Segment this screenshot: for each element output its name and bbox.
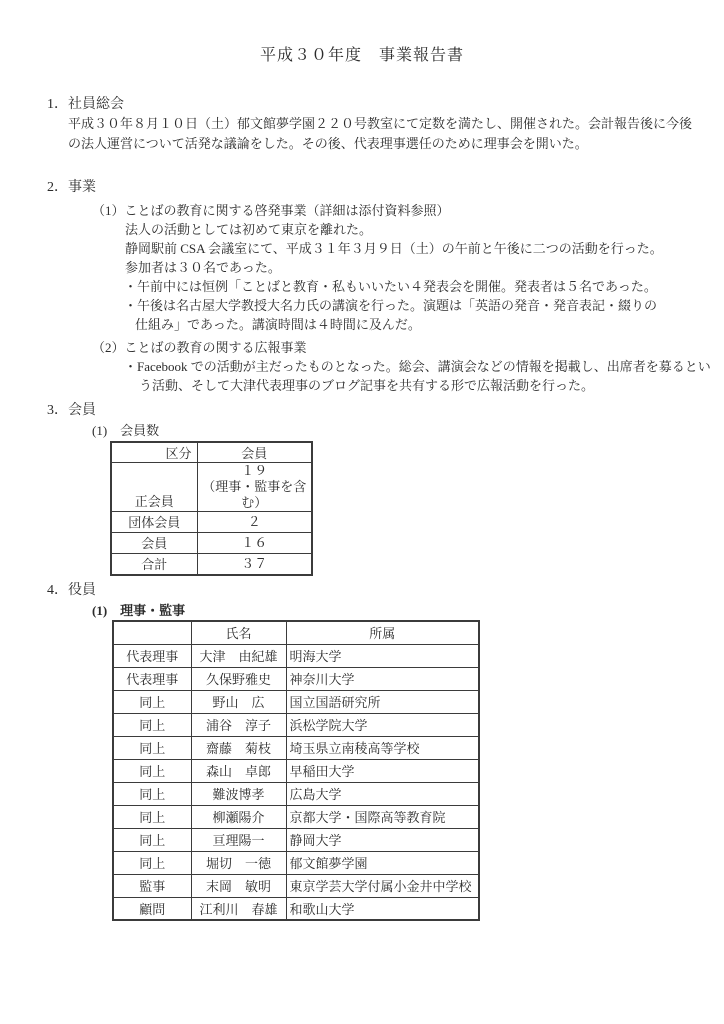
member-count-label: (1) 会員数 [92,422,313,439]
section-officers: 4．役員 (1) 理事・監事 氏名 所属 代表理事 大津 由紀雄 明海大学 [47,581,480,921]
member-count-value: １６ [198,535,312,551]
officer-name: 江利川 春雄 [191,897,286,920]
officer-affiliation: 広島大学 [286,782,479,805]
officer-name: 森山 卓郎 [191,759,286,782]
project2-label: （2）ことばの教育の関する広報事業 [92,338,711,357]
member-category: 団体会員 [111,512,197,533]
member-count-cell: １９ （理事・監事を含む） [197,463,312,512]
officers-header-role [113,621,191,644]
member-table-row: 正会員 １９ （理事・監事を含む） [111,463,312,512]
officers-list-label: (1) 理事・監事 [92,602,480,619]
section-members: 3．会員 (1) 会員数 区分 会員 正会員 １９ （理事・監事を含む） [47,401,313,576]
officer-row: 代表理事 大津 由紀雄 明海大学 [113,644,479,667]
text-line: 法人の活動としては初めて東京を離れた。 [125,220,711,239]
text-line: 参加者は３０名であった。 [125,258,711,277]
officer-row: 代表理事 久保野雅史 神奈川大学 [113,667,479,690]
officer-role: 同上 [113,782,191,805]
member-header-count: 会員 [197,442,312,463]
member-table-header-row: 区分 会員 [111,442,312,463]
bullet-item: ・午後は名古屋大学教授大名力氏の講演を行った。演題は「英語の発音・発音表記・綴り… [124,296,711,315]
officer-role: 同上 [113,713,191,736]
officer-affiliation: 埼玉県立南稜高等学校 [286,736,479,759]
member-table-row: 団体会員 ２ [111,512,312,533]
officer-role: 同上 [113,851,191,874]
officer-name: 末岡 敏明 [191,874,286,897]
officer-role: 監事 [113,874,191,897]
officer-name: 亘理陽一 [191,828,286,851]
section4-heading: 4．役員 [47,581,480,600]
officer-name: 柳瀬陽介 [191,805,286,828]
officer-affiliation: 浜松学院大学 [286,713,479,736]
officer-role: 代表理事 [113,644,191,667]
officer-name: 野山 広 [191,690,286,713]
member-count-value: ３７ [198,556,312,572]
text-line: の法人運営について活発な議論をした。その後、代表理事選任のために理事会を開いた。 [68,134,692,154]
section-general-meeting: 1．社員総会 平成３０年８月１０日（土）郁文館夢学園２２０号教室にて定数を満たし… [47,95,692,153]
member-category: 合計 [111,554,197,576]
officer-role: 同上 [113,759,191,782]
bullet-item: ・Facebook での活動が主だったものとなった。総会、講演会などの情報を掲載… [124,357,711,376]
officer-row: 同上 森山 卓郎 早稲田大学 [113,759,479,782]
section3-heading: 3．会員 [47,401,313,420]
officer-affiliation: 神奈川大学 [286,667,479,690]
officer-affiliation: 和歌山大学 [286,897,479,920]
member-count-table: 区分 会員 正会員 １９ （理事・監事を含む） 団体会員 [110,441,313,576]
officer-name: 浦谷 淳子 [191,713,286,736]
member-category: 正会員 [111,463,197,512]
text-line: 静岡駅前 CSA 会議室にて、平成３１年３月９日（土）の午前と午後に二つの活動を… [125,239,711,258]
officer-affiliation: 国立国語研究所 [286,690,479,713]
member-count-cell: ２ [197,512,312,533]
officer-role: 同上 [113,690,191,713]
officer-row: 同上 難波博孝 広島大学 [113,782,479,805]
officer-row: 同上 堀切 一徳 郁文館夢学園 [113,851,479,874]
text-line: 平成３０年８月１０日（土）郁文館夢学園２２０号教室にて定数を満たし、開催された。… [68,114,692,134]
officer-row: 同上 浦谷 淳子 浜松学院大学 [113,713,479,736]
member-table-row: 合計 ３７ [111,554,312,576]
document-title: 平成３０年度 事業報告書 [0,42,724,65]
member-count-cell: １６ [197,533,312,554]
officers-table-header-row: 氏名 所属 [113,621,479,644]
officer-name: 難波博孝 [191,782,286,805]
officers-table: 氏名 所属 代表理事 大津 由紀雄 明海大学 代表理事 久保野雅史 神奈川 [112,620,480,921]
member-count-cell: ３７ [197,554,312,576]
officer-row: 同上 柳瀬陽介 京都大学・国際高等教育院 [113,805,479,828]
officer-name: 齋藤 菊枝 [191,736,286,759]
officers-header-affiliation: 所属 [286,621,479,644]
member-count-value: １９ [198,463,312,479]
officers-header-name: 氏名 [191,621,286,644]
officer-row: 監事 末岡 敏明 東京学芸大学付属小金井中学校 [113,874,479,897]
officer-affiliation: 早稲田大学 [286,759,479,782]
officer-role: 顧問 [113,897,191,920]
bullet-item: ・午前中には恒例「ことばと教育・私もいいたい４発表会を開催。発表者は５名であった… [124,277,711,296]
section2-heading: 2．事業 [47,178,711,197]
officer-affiliation: 郁文館夢学園 [286,851,479,874]
officer-name: 堀切 一徳 [191,851,286,874]
section1-heading: 1．社員総会 [47,95,692,114]
officer-affiliation: 京都大学・国際高等教育院 [286,805,479,828]
member-count-value: ２ [198,514,312,530]
section-projects: 2．事業 （1）ことばの教育に関する啓発事業（詳細は添付資料参照） 法人の活動と… [47,178,711,395]
bullet-continuation: う活動、そして大津代表理事のブログ記事を共有する形で広報活動を行った。 [139,376,711,395]
officer-role: 同上 [113,736,191,759]
section1-paragraph: 平成３０年８月１０日（土）郁文館夢学園２２０号教室にて定数を満たし、開催された。… [68,114,692,153]
officer-name: 大津 由紀雄 [191,644,286,667]
officer-row: 同上 齋藤 菊枝 埼玉県立南稜高等学校 [113,736,479,759]
officer-row: 同上 野山 広 国立国語研究所 [113,690,479,713]
officer-name: 久保野雅史 [191,667,286,690]
officer-affiliation: 東京学芸大学付属小金井中学校 [286,874,479,897]
bullet-continuation: 仕組み」であった。講演時間は４時間に及んだ。 [135,315,711,334]
officer-affiliation: 明海大学 [286,644,479,667]
document-page: 平成３０年度 事業報告書 1．社員総会 平成３０年８月１０日（土）郁文館夢学園２… [0,0,724,1024]
officer-row: 同上 亘理陽一 静岡大学 [113,828,479,851]
member-count-note: （理事・監事を含む） [198,479,312,511]
member-header-category: 区分 [111,442,197,463]
officer-role: 代表理事 [113,667,191,690]
member-table-row: 会員 １６ [111,533,312,554]
officer-affiliation: 静岡大学 [286,828,479,851]
officer-row: 顧問 江利川 春雄 和歌山大学 [113,897,479,920]
member-category: 会員 [111,533,197,554]
officer-role: 同上 [113,805,191,828]
project1-label: （1）ことばの教育に関する啓発事業（詳細は添付資料参照） [92,201,711,220]
officer-role: 同上 [113,828,191,851]
